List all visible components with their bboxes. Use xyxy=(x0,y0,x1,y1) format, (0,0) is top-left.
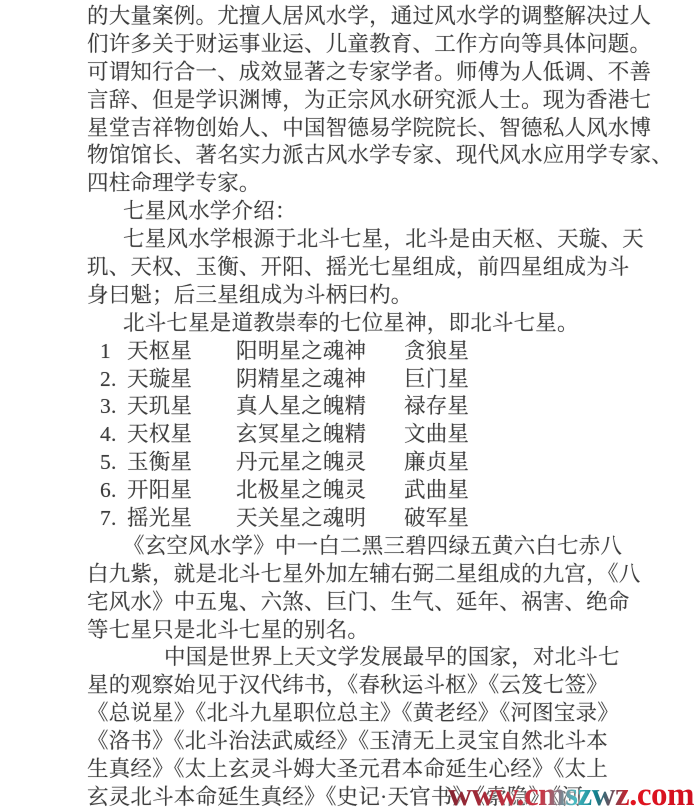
star-alias: 禄存星 xyxy=(404,393,469,421)
section-heading: 七星风水学介绍： xyxy=(87,198,665,226)
text-line: 言辞、但是学识渊博，为正宗风水研究派人士。现为香港七 xyxy=(87,87,665,115)
star-name: 天枢星 xyxy=(127,338,236,366)
text-line: 物馆馆长、著名实力派古风水学专家、现代风水应用学专家、 xyxy=(87,142,665,170)
text-line: 们许多关于财运事业运、儿童教育、工作方向等具体问题。 xyxy=(87,31,665,59)
star-description: 阴精星之魂神 xyxy=(236,366,404,394)
star-list-row: 1 天枢星 阳明星之魂神 贪狼星 xyxy=(87,338,665,366)
text-line: 《玄空风水学》中一白二黑三碧四绿五黄六白七赤八 xyxy=(87,533,665,561)
text-line: 四柱命理学专家。 xyxy=(87,170,665,198)
star-description: 真人星之魄精 xyxy=(236,393,404,421)
text-line: 等七星只是北斗七星的别名。 xyxy=(87,617,665,645)
star-description: 天关星之魂明 xyxy=(236,505,404,533)
text-line: 星堂吉祥物创始人、中国智德易学院院长、智德私人风水博 xyxy=(87,115,665,143)
star-description: 北极星之魄灵 xyxy=(236,477,404,505)
text-line: 七星风水学根源于北斗七星，北斗是由天枢、天璇、天 xyxy=(87,226,665,254)
star-alias: 武曲星 xyxy=(404,477,469,505)
star-number: 5. xyxy=(100,449,127,477)
paragraph-master-bio: 的大量案例。尤擅人居风水学，通过风水学的调整解决过人 们许多关于财运事业运、儿童… xyxy=(87,3,665,198)
star-name: 天权星 xyxy=(127,421,236,449)
text-line: 《洛书》《北斗治法武威经》《玉清无上灵宝自然北斗本 xyxy=(87,728,665,756)
star-list: 1 天枢星 阳明星之魂神 贪狼星 2. 天璇星 阴精星之魂神 巨门星 3. 天玑… xyxy=(87,338,665,533)
star-name: 摇光星 xyxy=(127,505,236,533)
star-description: 阳明星之魂神 xyxy=(236,338,404,366)
text-line: 中国是世界上天文学发展最早的国家，对北斗七 xyxy=(87,644,665,672)
star-alias: 文曲星 xyxy=(404,421,469,449)
text-line: 白九紫，就是北斗七星外加左辅右弼二星组成的九宫，《八 xyxy=(87,561,665,589)
star-name: 天璇星 xyxy=(127,366,236,394)
document-page: 的大量案例。尤擅人居风水学，通过风水学的调整解决过人 们许多关于财运事业运、儿童… xyxy=(0,0,695,812)
text-line: 身曰魁；后三星组成为斗柄曰杓。 xyxy=(87,282,665,310)
text-line: 的大量案例。尤擅人居风水学，通过风水学的调整解决过人 xyxy=(87,3,665,31)
paragraph-seven-gods: 北斗七星是道教崇奉的七位星神，即北斗七星。 xyxy=(87,310,665,338)
star-number: 4. xyxy=(100,421,127,449)
star-alias: 巨门星 xyxy=(404,366,469,394)
star-list-row: 4. 天权星 玄冥星之魄精 文曲星 xyxy=(87,421,665,449)
star-list-row: 7. 摇光星 天关星之魂明 破军星 xyxy=(87,505,665,533)
paragraph-beidou-origin: 七星风水学根源于北斗七星，北斗是由天枢、天璇、天 玑、天权、玉衡、开阳、摇光七星… xyxy=(87,226,665,310)
star-description: 玄冥星之魄精 xyxy=(236,421,404,449)
star-alias: 廉贞星 xyxy=(404,449,469,477)
star-alias: 贪狼星 xyxy=(404,338,469,366)
text-line: 宅风水》中五鬼、六煞、巨门、生气、延年、祸害、绝命 xyxy=(87,589,665,617)
star-name: 天玑星 xyxy=(127,393,236,421)
star-list-row: 6. 开阳星 北极星之魄灵 武曲星 xyxy=(87,477,665,505)
star-number: 6. xyxy=(100,477,127,505)
star-name: 玉衡星 xyxy=(127,449,236,477)
watermark-url: www.cmszwz.com xyxy=(448,779,694,812)
paragraph-xuankong: 《玄空风水学》中一白二黑三碧四绿五黄六白七赤八 白九紫，就是北斗七星外加左辅右弼… xyxy=(87,533,665,645)
text-line: 《总说星》《北斗九星职位总主》《黄老经》《河图宝录》 xyxy=(87,700,665,728)
star-list-row: 2. 天璇星 阴精星之魂神 巨门星 xyxy=(87,366,665,394)
star-description: 丹元星之魄灵 xyxy=(236,449,404,477)
star-list-row: 5. 玉衡星 丹元星之魄灵 廉贞星 xyxy=(87,449,665,477)
star-number: 7. xyxy=(100,505,127,533)
star-name: 开阳星 xyxy=(127,477,236,505)
text-line: 可谓知行合一、成效显著之专家学者。师傅为人低调、不善 xyxy=(87,59,665,87)
star-number: 1 xyxy=(100,338,127,366)
star-number: 3. xyxy=(100,393,127,421)
text-line: 玑、天权、玉衡、开阳、摇光七星组成，前四星组成为斗 xyxy=(87,254,665,282)
text-line: 星的观察始见于汉代纬书，《春秋运斗枢》《云笈七签》 xyxy=(87,672,665,700)
star-list-row: 3. 天玑星 真人星之魄精 禄存星 xyxy=(87,393,665,421)
star-alias: 破军星 xyxy=(404,505,469,533)
star-number: 2. xyxy=(100,366,127,394)
